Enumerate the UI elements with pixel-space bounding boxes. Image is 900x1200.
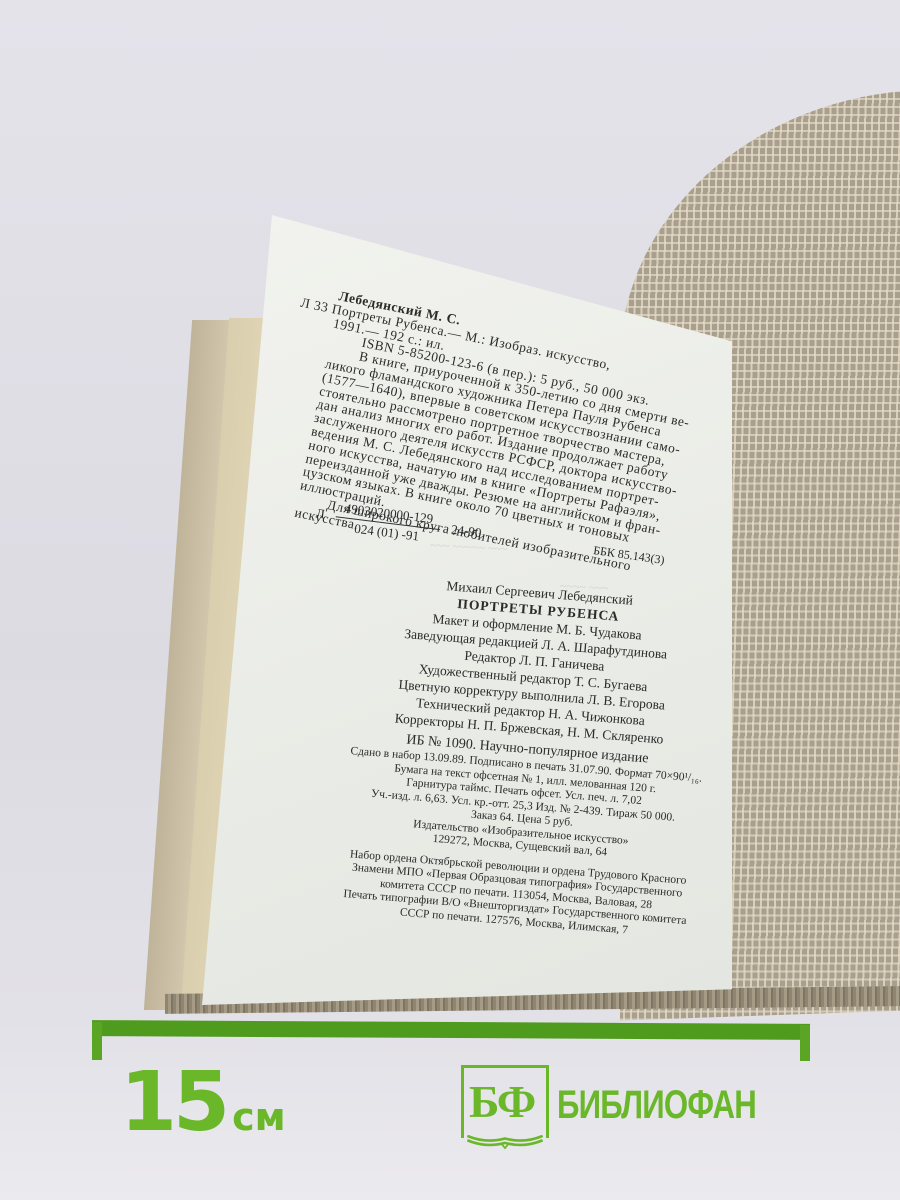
ruler-measure-label: 15см xyxy=(120,1058,286,1148)
open-book-icon xyxy=(461,1135,549,1149)
bib-mark-suffix: 24-90 xyxy=(450,522,482,541)
ruler-tick-right xyxy=(800,1025,810,1061)
measure-number: 15 xyxy=(120,1055,226,1150)
logo-letters: БФ xyxy=(469,1077,534,1127)
measure-unit: см xyxy=(232,1095,286,1139)
photo-scene: ~~~ ~~~~~ ~~~ ~~~~ ~~~ Лебедянский М. С.… xyxy=(0,0,900,1200)
colophon-block: Михаил Сергеевич Лебедянский ПОРТРЕТЫ РУ… xyxy=(329,570,725,943)
bibliofan-logo: БФ xyxy=(461,1065,547,1155)
catalog-card-block: Лебедянский М. С. Л 33 Портреты Рубенса.… xyxy=(258,282,703,593)
bib-mark-prefix: Л xyxy=(315,505,326,521)
brand-name: БИБЛИОФАН xyxy=(557,1083,756,1128)
ruler-tick-left xyxy=(92,1022,102,1060)
